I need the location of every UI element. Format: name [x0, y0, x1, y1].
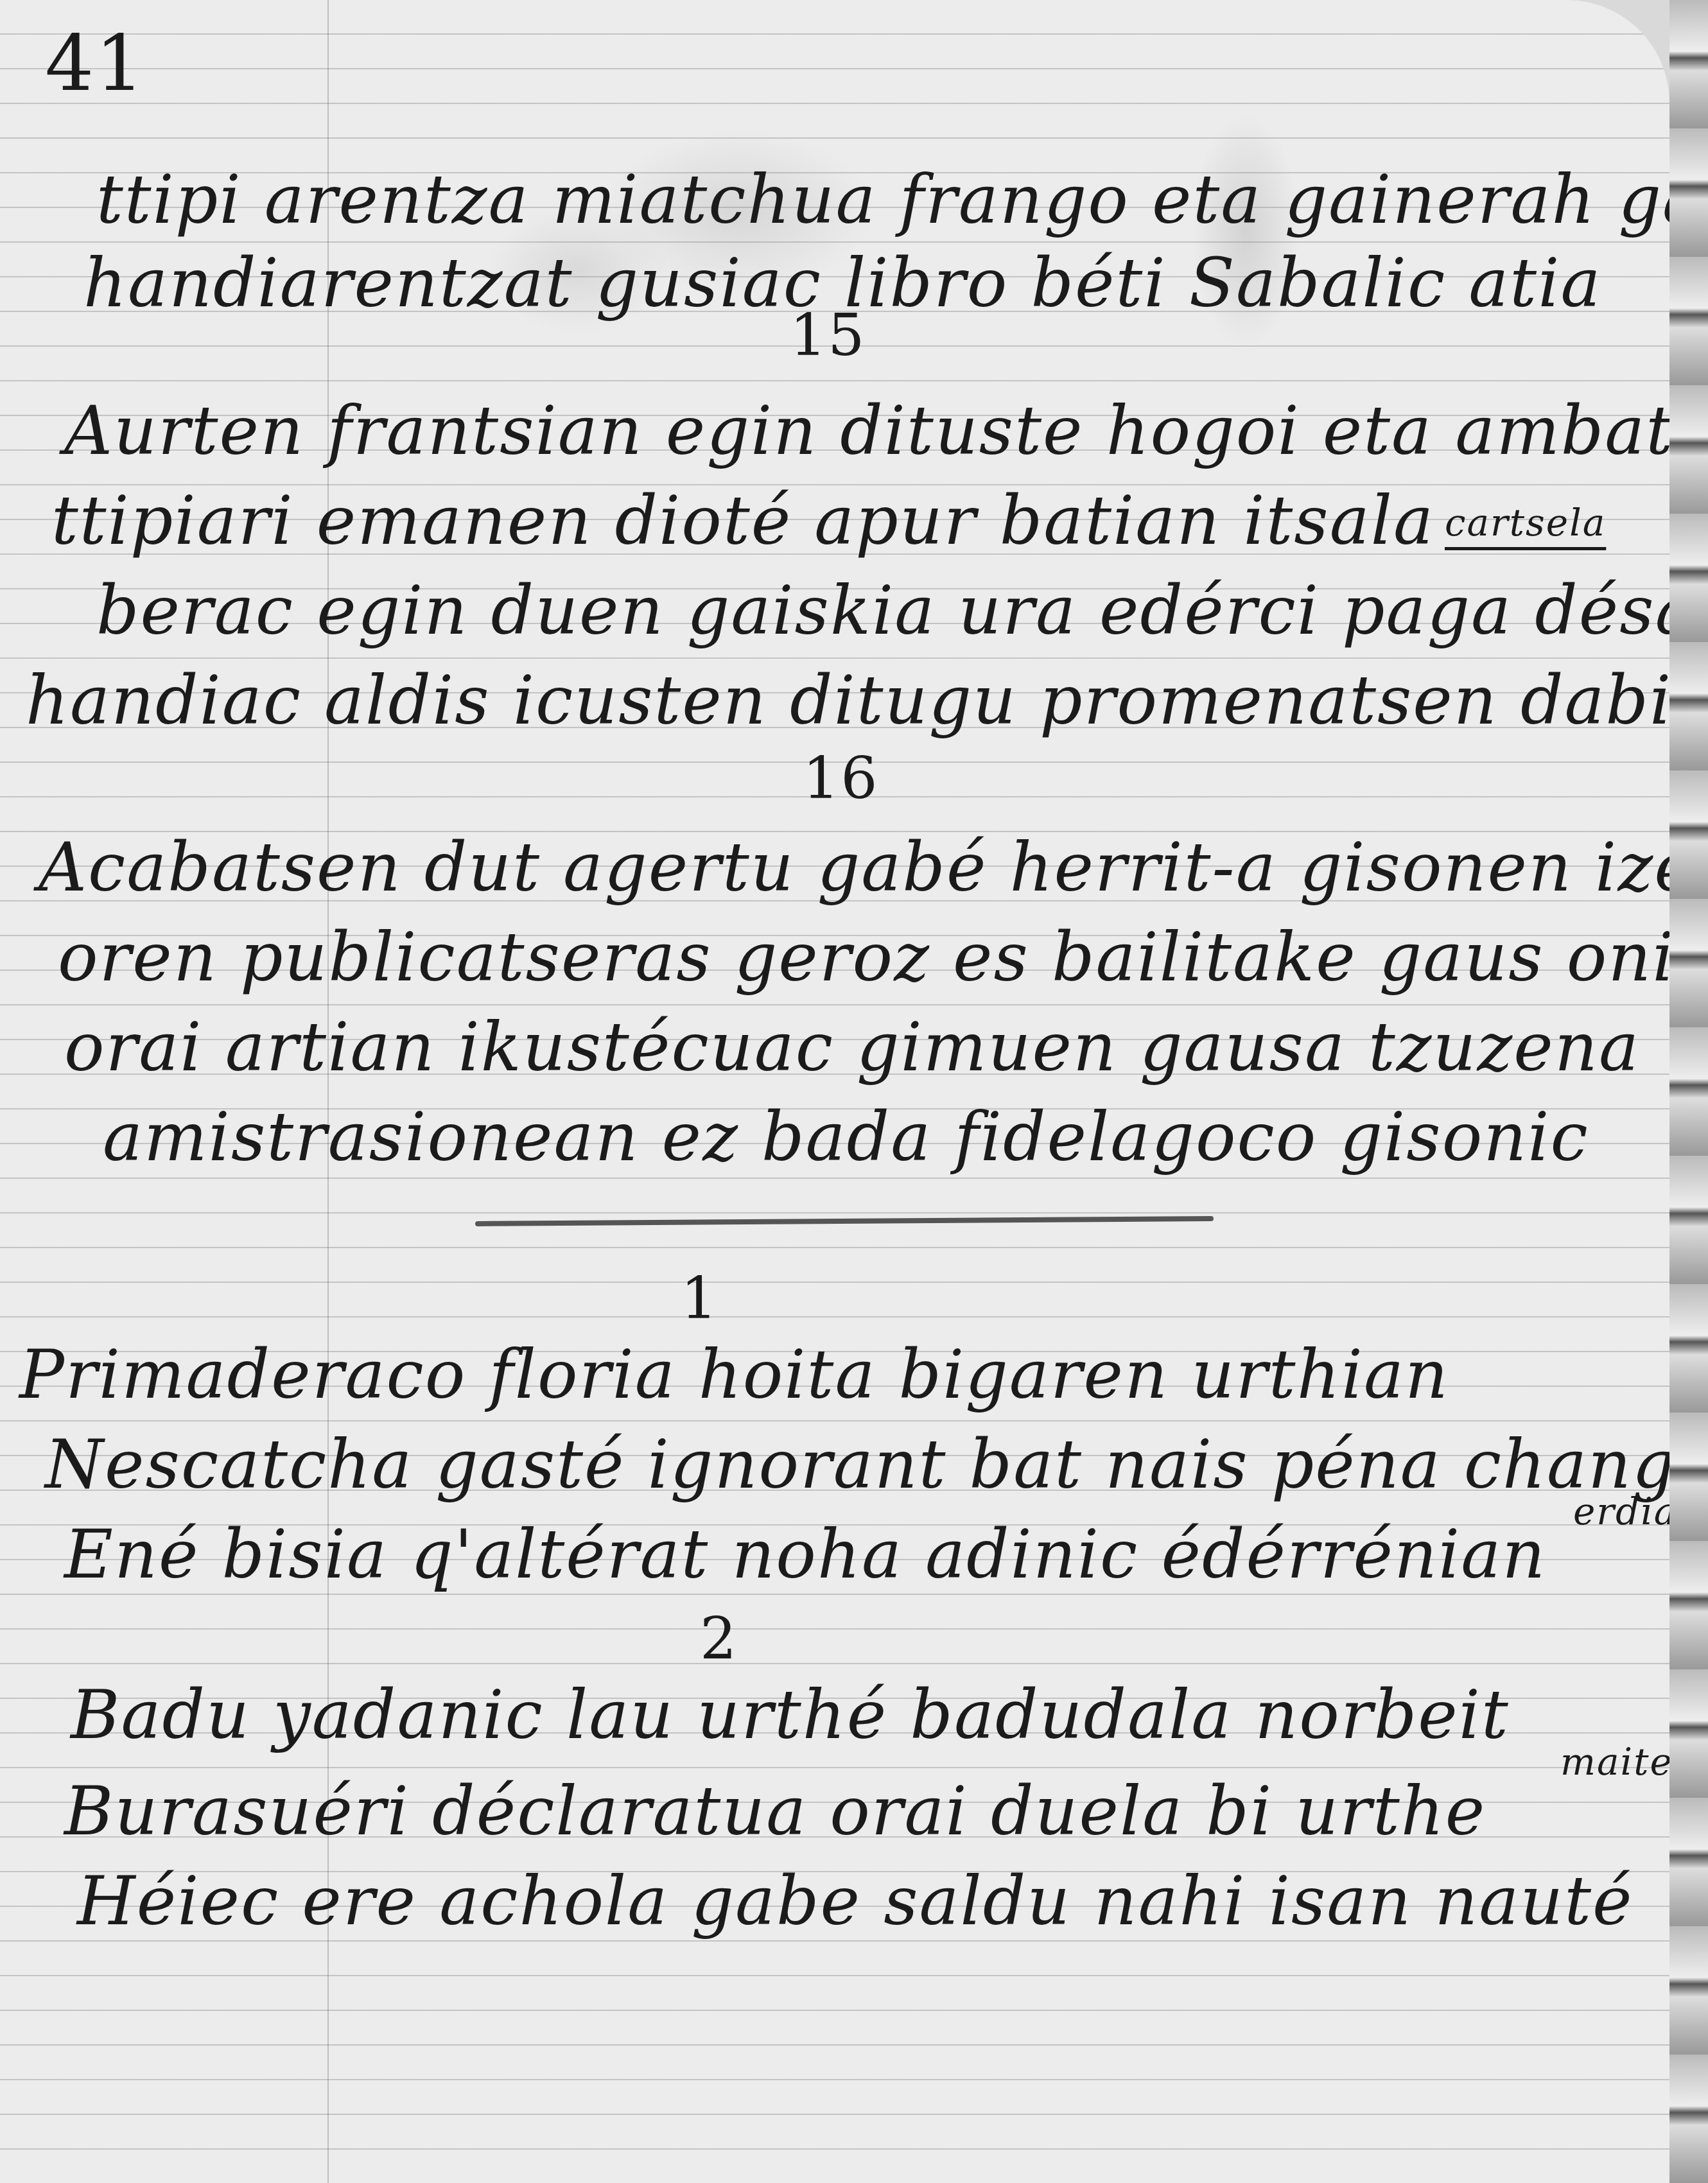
text-line: Ené bisia q'altérat noha adinic édérréni… [64, 1515, 1546, 1594]
text-line: Aurten frantsian egin dituste hogoi eta … [64, 392, 1708, 470]
text-line: berac egin duen gaiskia ura edérci paga … [96, 571, 1708, 650]
margin-note: maite [1560, 1740, 1673, 1784]
manuscript-page: 41 ttipi arentza miatchua frango eta gai… [0, 0, 1669, 2183]
margin-note: cartsela [1445, 501, 1606, 544]
text-line: orai artian ikustécuac gimuen gausa tzuz… [64, 1008, 1640, 1086]
notebook-binding [1669, 0, 1708, 2183]
section-divider [475, 1216, 1214, 1226]
text-line: Primaderaco floria hoita bigaren urthian [19, 1335, 1449, 1414]
text-line: Badu yadanic lau urthé badudala norbeit [71, 1676, 1510, 1754]
stanza-number: 15 [790, 302, 866, 369]
text-line: Nescatcha gasté ignorant bat nais péna c… [45, 1425, 1708, 1504]
text-line: handiac aldis icusten ditugu promenatsen… [26, 661, 1708, 740]
text-line: amistrasionean ez bada fidelagoco gisoni… [103, 1098, 1589, 1176]
stanza-number: 2 [700, 1605, 738, 1673]
stanza-number: 1 [681, 1265, 719, 1332]
text-line: oren publicatseras geroz es bailitake ga… [58, 918, 1708, 996]
margin-rule [327, 0, 329, 2183]
stanza-number: 16 [803, 745, 879, 812]
page-number: 41 [45, 19, 146, 109]
text-line: Burasuéri déclaratua orai duela bi urthe [64, 1772, 1486, 1850]
text-line: ttipi arentza miatchua frango eta gainer… [96, 161, 1708, 239]
text-line: ttipiari emanen dioté apur batian itsala [51, 482, 1434, 560]
text-line: Acabatsen dut agertu gabé herrit-a gison… [39, 828, 1708, 907]
text-line: Héiec ere achola gabe saldu nahi isan na… [77, 1862, 1634, 1940]
